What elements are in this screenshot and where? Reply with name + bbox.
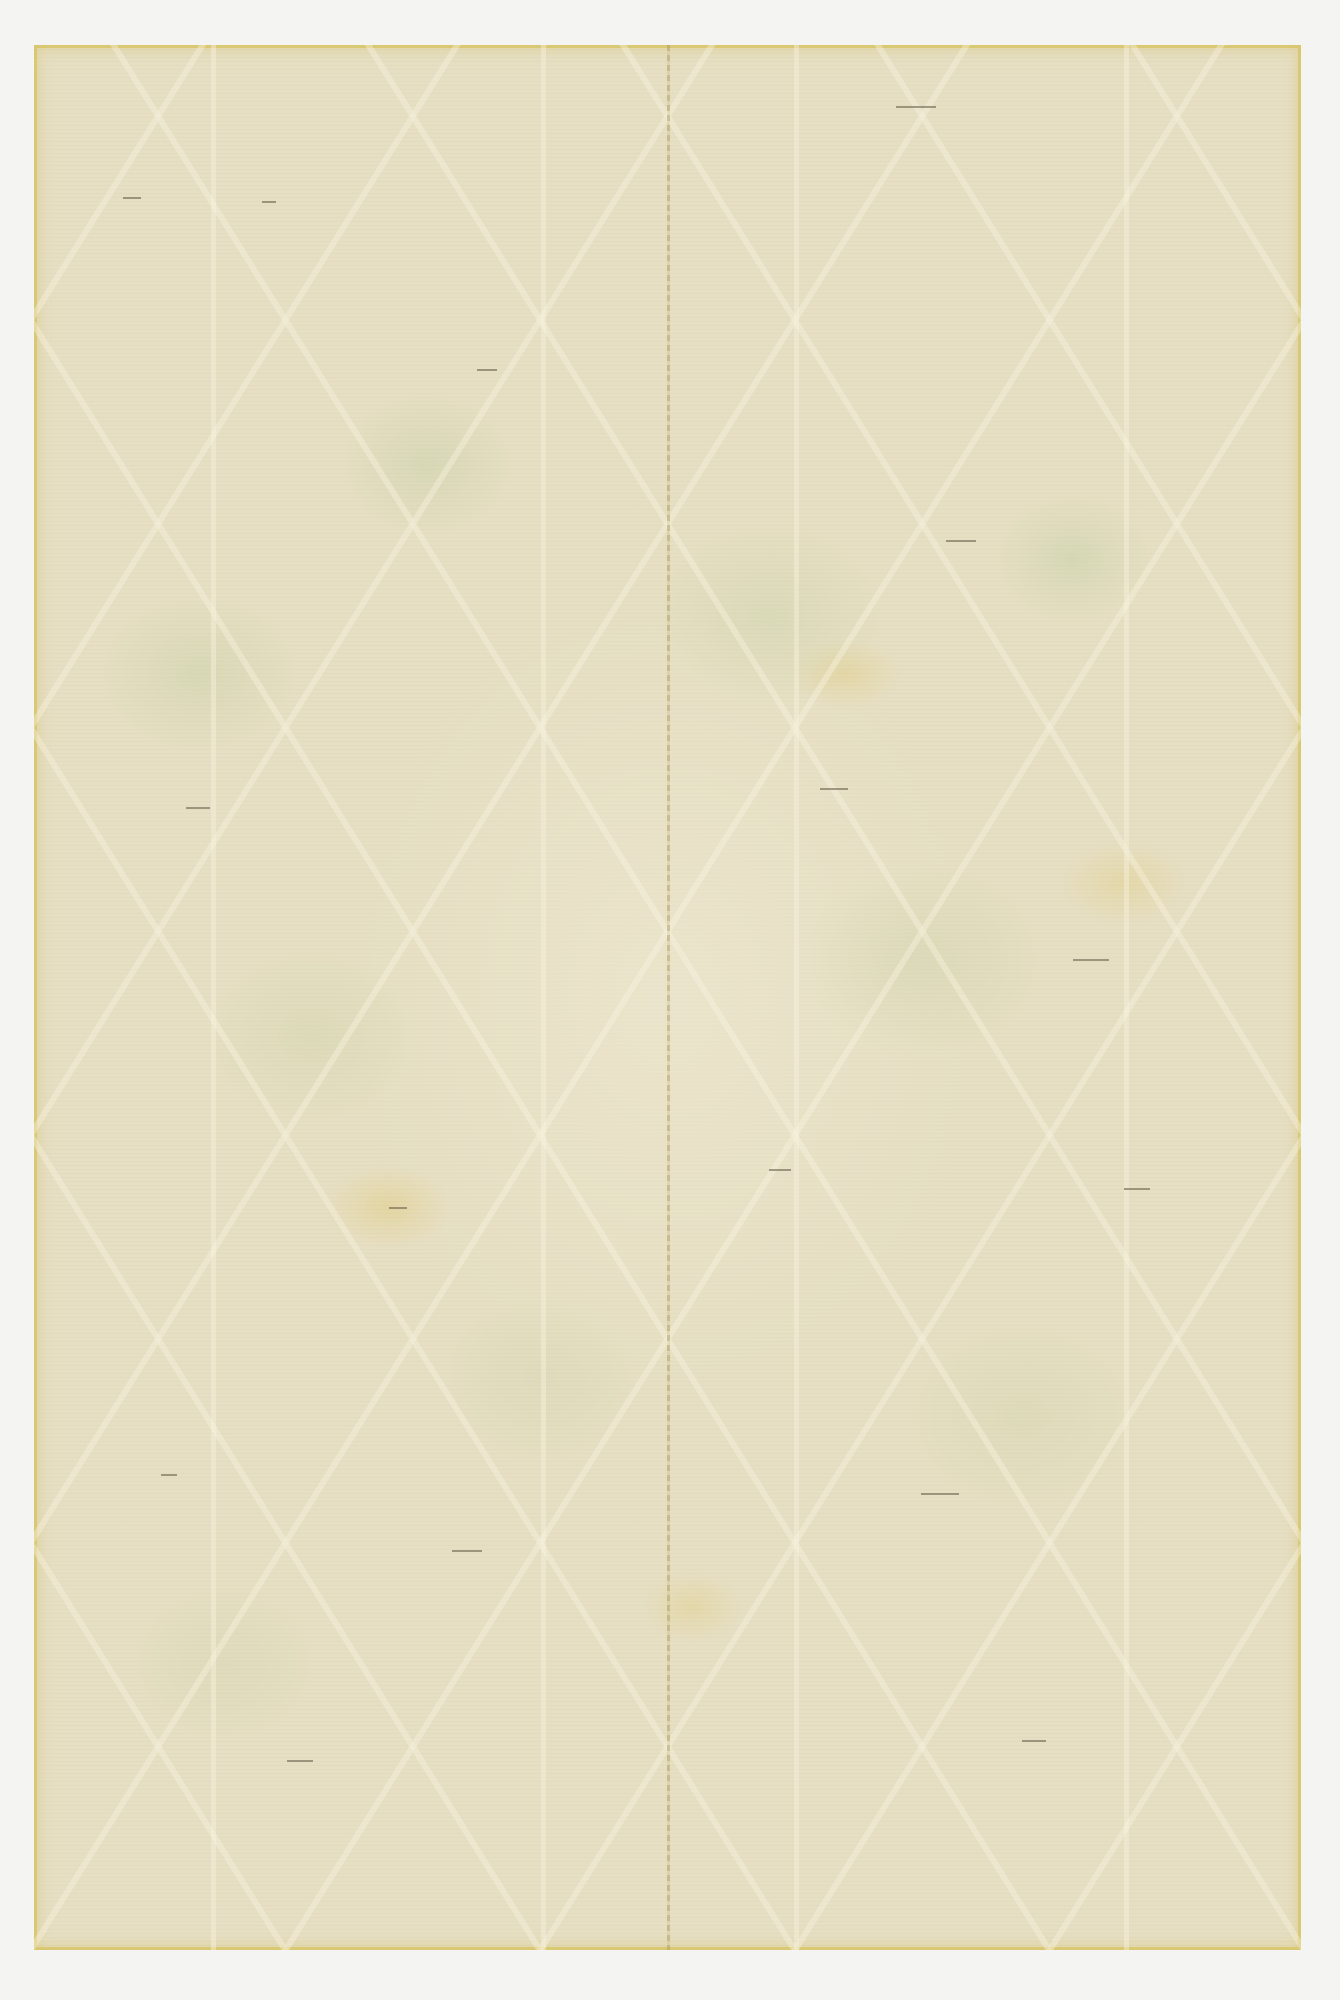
yarn-fleck — [262, 201, 276, 203]
rug — [34, 45, 1301, 1950]
yarn-fleck — [1022, 1740, 1046, 1742]
lattice-vertical-line — [211, 45, 216, 1950]
yarn-fleck — [921, 1493, 959, 1495]
yarn-fleck — [161, 1474, 177, 1476]
lattice-vertical-line — [541, 45, 546, 1950]
yarn-fleck — [389, 1207, 407, 1209]
yarn-fleck — [287, 1760, 313, 1762]
yarn-fleck — [1073, 959, 1109, 961]
yarn-fleck — [1124, 1188, 1150, 1190]
yarn-fleck — [477, 369, 497, 371]
yarn-fleck — [123, 197, 141, 199]
yarn-fleck — [452, 1550, 482, 1552]
yarn-fleck — [946, 540, 976, 542]
lattice-vertical-line — [794, 45, 799, 1950]
center-seam — [667, 45, 670, 1950]
yarn-fleck — [896, 106, 936, 108]
yarn-fleck — [820, 788, 848, 790]
yarn-fleck — [769, 1169, 791, 1171]
lattice-vertical-line — [1124, 45, 1129, 1950]
yarn-fleck — [186, 807, 210, 809]
